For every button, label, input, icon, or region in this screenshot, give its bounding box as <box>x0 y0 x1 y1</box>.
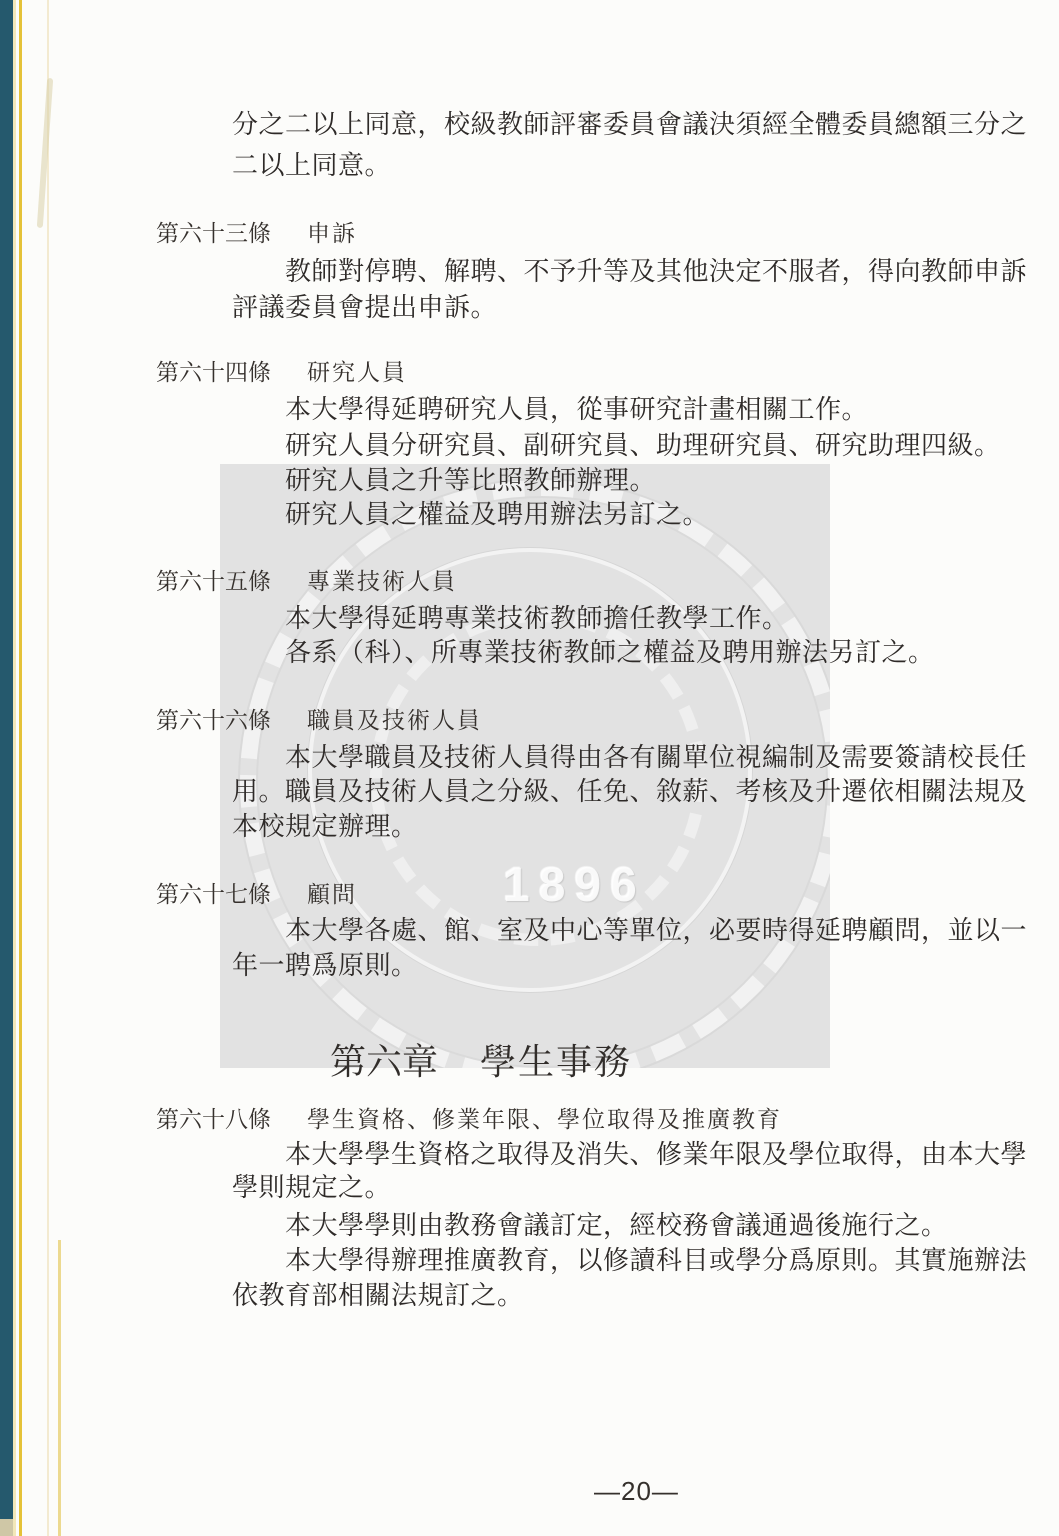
page-corner-streak <box>37 78 53 228</box>
article-68-line: 本大學學則由教務會議訂定，經校務會議通過後施行之。 <box>285 1205 948 1242</box>
article-title: 專業技術人員 <box>307 563 457 596</box>
article-66-line: 本校規定辦理。 <box>232 806 418 843</box>
article-63-line: 評議委員會提出申訴。 <box>232 287 497 324</box>
chapter-title: 學生事務 <box>480 1034 632 1085</box>
article-number: 第六十七條 <box>156 876 271 909</box>
article-67-line: 本大學各處、館、室及中心等單位，必要時得延聘顧問，並以一 <box>285 910 1027 947</box>
article-68-line: 本大學得辦理推廣教育，以修讀科目或學分爲原則。其實施辦法 <box>285 1240 1027 1277</box>
seal-year-text: 1896 <box>503 858 646 913</box>
article-number: 第六十四條 <box>156 354 271 387</box>
article-64-line: 研究人員分研究員、副研究員、助理研究員、研究助理四級。 <box>285 425 1001 462</box>
article-number: 第六十五條 <box>156 563 271 596</box>
article-67-heading: 第六十七條 顧問 <box>156 876 357 909</box>
page-edge-faint-line <box>47 0 49 1536</box>
article-title: 申訴 <box>307 215 357 248</box>
article-65-heading: 第六十五條 專業技術人員 <box>156 563 457 596</box>
article-66-line: 本大學職員及技術人員得由各有關單位視編制及需要簽請校長任 <box>285 737 1027 774</box>
article-64-line: 研究人員之權益及聘用辦法另訂之。 <box>285 494 709 531</box>
page-number: —20— <box>594 1476 679 1507</box>
article-title: 職員及技術人員 <box>307 702 482 735</box>
article-64-line: 本大學得延聘研究人員，從事研究計畫相關工作。 <box>285 389 868 426</box>
article-66-line: 用。職員及技術人員之分級、任免、敘薪、考核及升遷依相關法規及 <box>232 771 1027 808</box>
article-title: 顧問 <box>307 876 357 909</box>
page-edge-lower-line <box>58 1240 61 1536</box>
page-edge-gold-line <box>19 0 22 1536</box>
article-64-line: 研究人員之升等比照教師辦理。 <box>285 460 656 497</box>
book-spine-band <box>0 0 13 1519</box>
book-spine-band-foot <box>0 1519 13 1536</box>
intro-line: 分之二以上同意，校級教師評審委員會議決須經全體委員總額三分之 <box>232 104 1027 141</box>
article-66-heading: 第六十六條 職員及技術人員 <box>156 702 482 735</box>
article-63-heading: 第六十三條 申訴 <box>156 215 357 248</box>
article-67-line: 年一聘爲原則。 <box>232 945 418 982</box>
article-number: 第六十六條 <box>156 702 271 735</box>
article-64-heading: 第六十四條 研究人員 <box>156 354 407 387</box>
article-number: 第六十八條 <box>156 1101 271 1134</box>
intro-line: 二以上同意。 <box>232 145 391 182</box>
article-68-line: 依教育部相關法規訂之。 <box>232 1275 524 1312</box>
article-63-line: 教師對停聘、解聘、不予升等及其他決定不服者，得向教師申訴 <box>285 251 1027 288</box>
article-65-line: 各系（科）、所專業技術教師之權益及聘用辦法另訂之。 <box>285 632 935 669</box>
article-68-line: 學則規定之。 <box>232 1167 391 1204</box>
chapter-number: 第六章 <box>330 1034 438 1085</box>
article-number: 第六十三條 <box>156 215 271 248</box>
scanned-document-page: 1896 分之二以上同意，校級教師評審委員會議決須經全體委員總額三分之 二以上同… <box>0 0 1059 1536</box>
article-68-heading: 第六十八條 學生資格、修業年限、學位取得及推廣教育 <box>156 1101 782 1134</box>
article-65-line: 本大學得延聘專業技術教師擔任教學工作。 <box>285 598 789 635</box>
article-title: 學生資格、修業年限、學位取得及推廣教育 <box>307 1101 782 1134</box>
page-edge-line <box>13 0 16 1536</box>
article-title: 研究人員 <box>307 354 407 387</box>
article-68-line: 本大學學生資格之取得及消失、修業年限及學位取得，由本大學 <box>285 1134 1027 1171</box>
chapter-6-heading: 第六章 學生事務 <box>330 1034 632 1085</box>
